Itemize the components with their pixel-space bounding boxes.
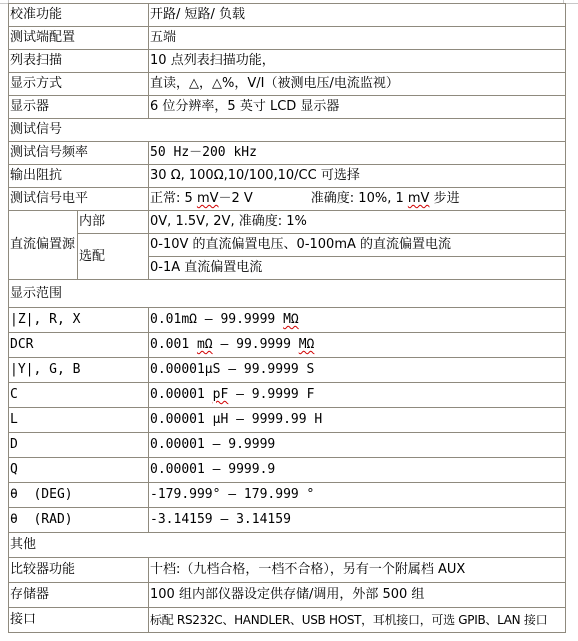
row-value: 100 组内部仪器设定供存储/调用，外部 500 组 [149, 583, 566, 608]
row-label: 接口 [9, 608, 149, 633]
spec-table: 校准功能 开路/ 短路/ 负载 测试端配置 五端 列表扫描 10 点列表扫描功能… [8, 3, 566, 633]
row-label: 测试信号电平 [9, 188, 149, 211]
row-value: 开路/ 短路/ 负载 [149, 4, 566, 27]
section-heading-test-signal: 测试信号 [9, 119, 566, 142]
table-row: 列表扫描 10 点列表扫描功能， [9, 50, 566, 73]
level-range-text-end: －2 V [219, 191, 253, 206]
row-value: 十档:（九档合格，一档不合格），另有一个附属档 AUX [149, 558, 566, 583]
table-row: 测试端配置 五端 [9, 27, 566, 50]
row-value: 30 Ω, 100Ω,10/100,10/CC 可选择 [149, 165, 566, 188]
row-label: 显示方式 [9, 73, 149, 96]
row-label: θ (DEG) [9, 483, 149, 508]
row-label: θ (RAD) [9, 508, 149, 533]
dc-bias-internal-value: 0V, 1.5V, 2V, 准确度: 1% [149, 211, 566, 234]
spellcheck-unit: MΩ [283, 312, 299, 327]
section-heading-row: 测试信号 [9, 119, 566, 142]
spellcheck-unit: mΩ [197, 337, 213, 352]
row-value: 直读，△，△%，V/I（被测电压/电流监视） [149, 73, 566, 96]
table-row: 测试信号频率 50 Hz－200 kHz [9, 142, 566, 165]
table-row: Q 0.00001 — 9999.9 [9, 458, 566, 483]
dc-bias-internal-label: 内部 [78, 211, 149, 234]
row-value: 50 Hz－200 kHz [149, 142, 566, 165]
table-row: θ (DEG) -179.999° — 179.999 ° [9, 483, 566, 508]
table-row: θ (RAD) -3.14159 — 3.14159 [9, 508, 566, 533]
table-row: 输出阻抗 30 Ω, 100Ω,10/100,10/CC 可选择 [9, 165, 566, 188]
section-heading-display-range: 显示范围 [9, 280, 566, 308]
table-row: |Y|, G, B 0.00001μS — 99.9999 S [9, 358, 566, 383]
row-value: -179.999° — 179.999 ° [149, 483, 566, 508]
range-text: — 99.9999 [213, 337, 299, 352]
table-row: DCR 0.001 mΩ — 99.9999 MΩ [9, 333, 566, 358]
row-value: 6 位分辨率，5 英寸 LCD 显示器 [149, 96, 566, 119]
table-row: 接口 标配 RS232C、HANDLER、USB HOST，耳机接口，可选 GP… [9, 608, 566, 633]
spellcheck-unit: mV [197, 191, 219, 206]
row-value: 0.00001 — 9.9999 [149, 433, 566, 458]
table-row: 存储器 100 组内部仪器设定供存储/调用，外部 500 组 [9, 583, 566, 608]
row-label: DCR [9, 333, 149, 358]
table-row: D 0.00001 — 9.9999 [9, 433, 566, 458]
row-value: 五端 [149, 27, 566, 50]
row-value: 正常: 5 mV－2 V准确度: 10%, 1 mV 步进 [149, 188, 566, 211]
table-row: 显示方式 直读，△，△%，V/I（被测电压/电流监视） [9, 73, 566, 96]
row-label: L [9, 408, 149, 433]
row-value: 0.00001 — 9999.9 [149, 458, 566, 483]
dc-bias-optional-value: 0-10V 的直流偏置电压、0-100mA 的直流偏置电流 [149, 234, 566, 257]
row-value: 0.00001 pF — 9.9999 F [149, 383, 566, 408]
row-value: 标配 RS232C、HANDLER、USB HOST，耳机接口，可选 GPIB、… [149, 608, 566, 633]
row-label: 比较器功能 [9, 558, 149, 583]
section-heading-row: 显示范围 [9, 280, 566, 308]
table-row: 显示器 6 位分辨率，5 英寸 LCD 显示器 [9, 96, 566, 119]
row-label: 校准功能 [9, 4, 149, 27]
row-label: Q [9, 458, 149, 483]
table-row: 测试信号电平 正常: 5 mV－2 V准确度: 10%, 1 mV 步进 [9, 188, 566, 211]
row-value: 10 点列表扫描功能， [149, 50, 566, 73]
table-row: 比较器功能 十档:（九档合格，一档不合格），另有一个附属档 AUX [9, 558, 566, 583]
row-value: 0.00001μS — 99.9999 S [149, 358, 566, 383]
spellcheck-unit: mV [408, 191, 430, 206]
row-label: 存储器 [9, 583, 149, 608]
dc-bias-optional-label: 选配 [78, 234, 149, 280]
dc-bias-optional-value: 0-1A 直流偏置电流 [149, 257, 566, 280]
spellcheck-unit: pF [213, 387, 229, 402]
table-row: 校准功能 开路/ 短路/ 负载 [9, 4, 566, 27]
spellcheck-unit: MΩ [299, 337, 315, 352]
section-heading-row: 其他 [9, 533, 566, 558]
row-label: 列表扫描 [9, 50, 149, 73]
row-value: 0.01mΩ — 99.9999 MΩ [149, 308, 566, 333]
row-label: C [9, 383, 149, 408]
row-label: 测试信号频率 [9, 142, 149, 165]
table-row: 选配 0-10V 的直流偏置电压、0-100mA 的直流偏置电流 [9, 234, 566, 257]
row-value: 0.00001 μH — 9999.99 H [149, 408, 566, 433]
dc-bias-label: 直流偏置源 [9, 211, 78, 280]
range-text: — 9.9999 F [228, 387, 314, 402]
level-range-text: 正常: 5 [150, 191, 197, 206]
row-value: 0.001 mΩ — 99.9999 MΩ [149, 333, 566, 358]
row-label: 测试端配置 [9, 27, 149, 50]
row-value: -3.14159 — 3.14159 [149, 508, 566, 533]
accuracy-text: 准确度: 10%, 1 [311, 191, 408, 206]
table-row: C 0.00001 pF — 9.9999 F [9, 383, 566, 408]
step-text: 步进 [429, 191, 459, 206]
row-label: 显示器 [9, 96, 149, 119]
row-label: |Z|, R, X [9, 308, 149, 333]
range-text: 0.00001 [150, 387, 213, 402]
row-label: |Y|, G, B [9, 358, 149, 383]
table-row: |Z|, R, X 0.01mΩ — 99.9999 MΩ [9, 308, 566, 333]
table-row: L 0.00001 μH — 9999.99 H [9, 408, 566, 433]
range-text: 0.001 [150, 337, 197, 352]
row-label: D [9, 433, 149, 458]
table-row: 直流偏置源 内部 0V, 1.5V, 2V, 准确度: 1% [9, 211, 566, 234]
range-text: 0.01mΩ — 99.9999 [150, 312, 283, 327]
section-heading-other: 其他 [9, 533, 566, 558]
row-label: 输出阻抗 [9, 165, 149, 188]
